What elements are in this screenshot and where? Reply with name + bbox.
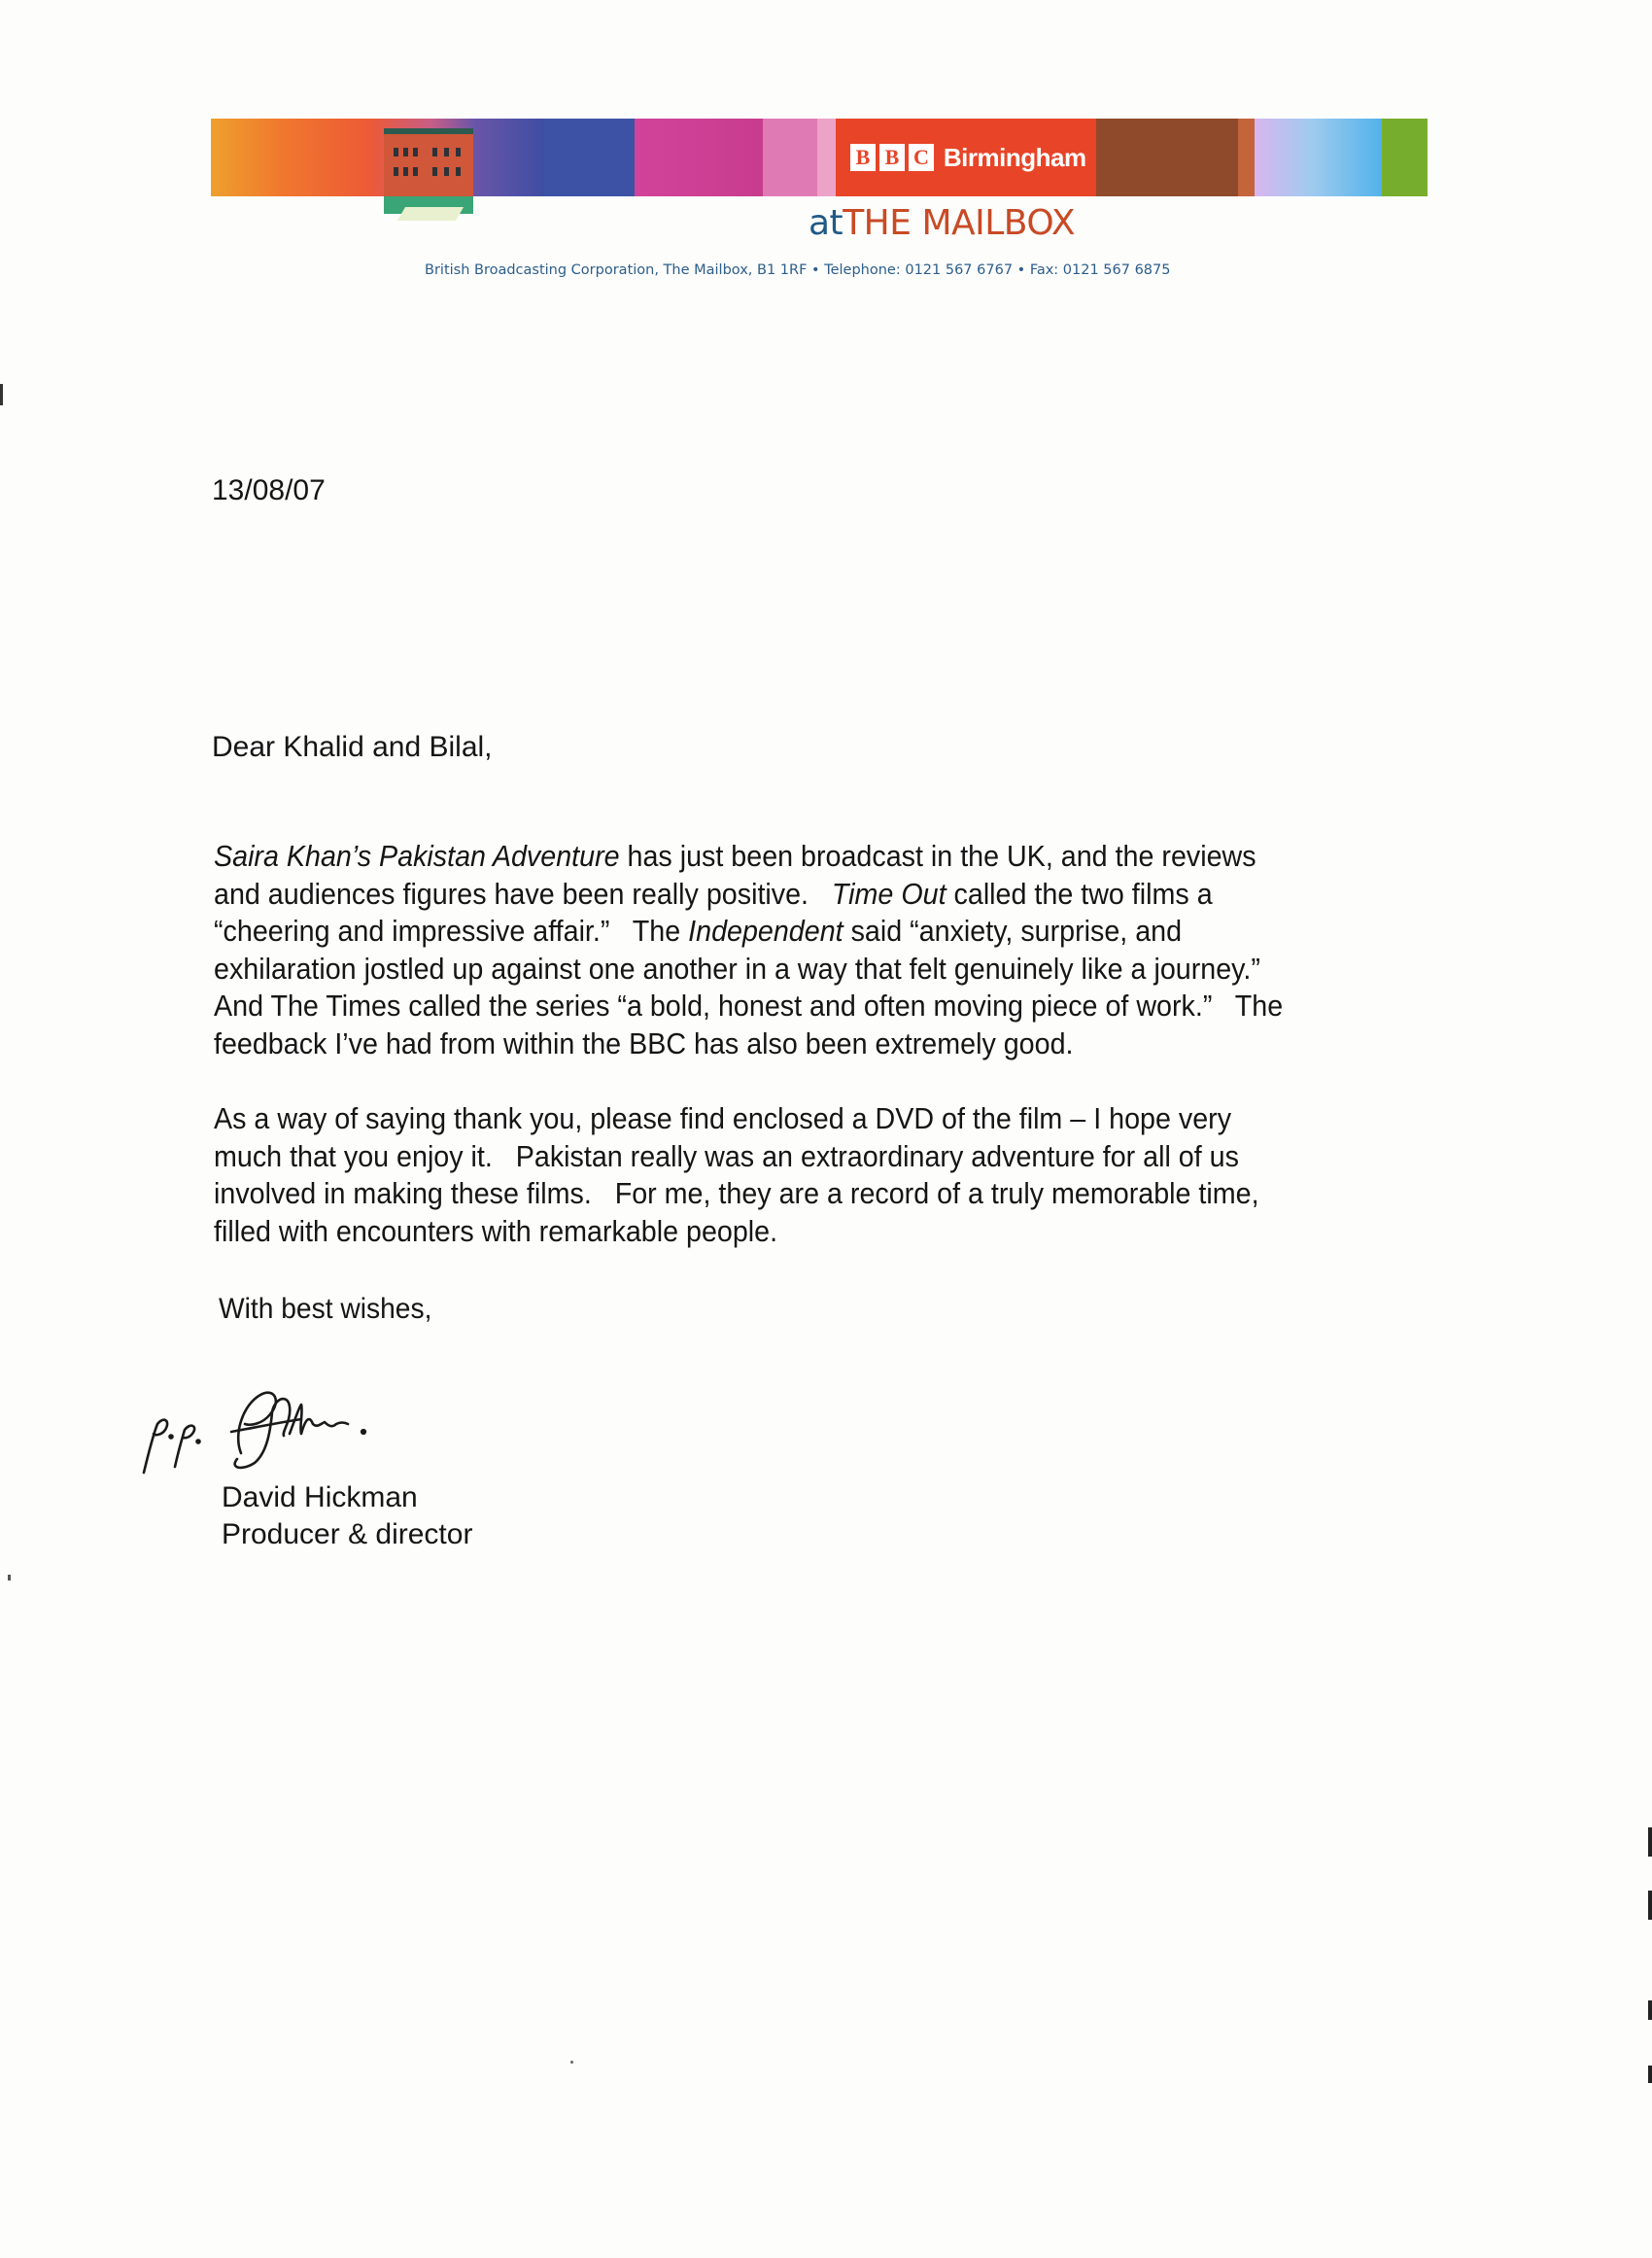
- scan-speck: [570, 2061, 573, 2064]
- paragraph-line: much that you enjoy it. Pakistan really …: [214, 1138, 1410, 1176]
- banner-stripe: [635, 119, 762, 196]
- banner-stripe: [211, 119, 370, 196]
- bbc-blocks: B B C: [850, 144, 934, 171]
- scan-edge-mark: [0, 384, 3, 405]
- paragraph-thanks: As a way of saying thank you, please fin…: [214, 1100, 1410, 1250]
- paragraph-line: and audiences figures have been really p…: [214, 876, 1410, 914]
- programme-title: Saira Khan’s Pakistan Adventure: [214, 840, 620, 873]
- bbc-city: Birmingham: [944, 143, 1086, 173]
- location-prefix: at: [809, 203, 843, 243]
- bbc-logo: B B C Birmingham: [836, 119, 1096, 196]
- bbc-letter: B: [850, 144, 876, 171]
- scan-edge-mark: [1648, 2066, 1652, 2083]
- scan-edge-mark: [1648, 1827, 1652, 1857]
- signer-title: Producer & director: [222, 1516, 472, 1553]
- banner-stripe: [1238, 119, 1255, 196]
- paragraph-line: involved in making these films. For me, …: [214, 1175, 1410, 1213]
- mailbox-building-icon: [374, 124, 489, 222]
- paragraph-reviews: Saira Khan’s Pakistan Adventure has just…: [214, 838, 1410, 1062]
- publication-title: Time Out: [832, 878, 946, 911]
- paragraph-line: filled with encounters with remarkable p…: [214, 1213, 1410, 1251]
- scan-edge-mark: [1648, 1891, 1652, 1920]
- scan-edge-mark: [1648, 2000, 1652, 2020]
- signer-name: David Hickman: [222, 1479, 472, 1516]
- paragraph-line: feedback I’ve had from within the BBC ha…: [214, 1025, 1410, 1063]
- paragraph-line: exhilaration jostled up against one anot…: [214, 951, 1410, 989]
- salutation: Dear Khalid and Bilal,: [212, 731, 493, 764]
- banner-stripe: [1096, 119, 1237, 196]
- letterhead-address: British Broadcasting Corporation, The Ma…: [425, 262, 1170, 278]
- handwritten-signature: [136, 1366, 428, 1492]
- banner-stripe: [1382, 119, 1428, 196]
- publication-title: Independent: [688, 915, 843, 948]
- paragraph-line: “cheering and impressive affair.” The In…: [214, 913, 1410, 951]
- bbc-letter: C: [909, 144, 934, 171]
- location-title: atTHE MAILBOX: [809, 203, 1075, 243]
- bbc-letter: B: [879, 144, 905, 171]
- paragraph-line: Saira Khan’s Pakistan Adventure has just…: [214, 838, 1410, 876]
- paragraph-line: And The Times called the series “a bold,…: [214, 988, 1410, 1025]
- paragraph-line: As a way of saying thank you, please fin…: [214, 1100, 1410, 1138]
- banner-stripe: [763, 119, 817, 196]
- letter-date: 13/08/07: [212, 474, 326, 507]
- location-name: THE MAILBOX: [843, 203, 1075, 243]
- closing: With best wishes,: [219, 1293, 431, 1326]
- banner-stripe: [1255, 119, 1382, 196]
- scan-speck: [8, 1575, 11, 1581]
- banner-stripe: [817, 119, 836, 196]
- banner-stripe: [544, 119, 636, 196]
- signer-block: David Hickman Producer & director: [222, 1479, 472, 1553]
